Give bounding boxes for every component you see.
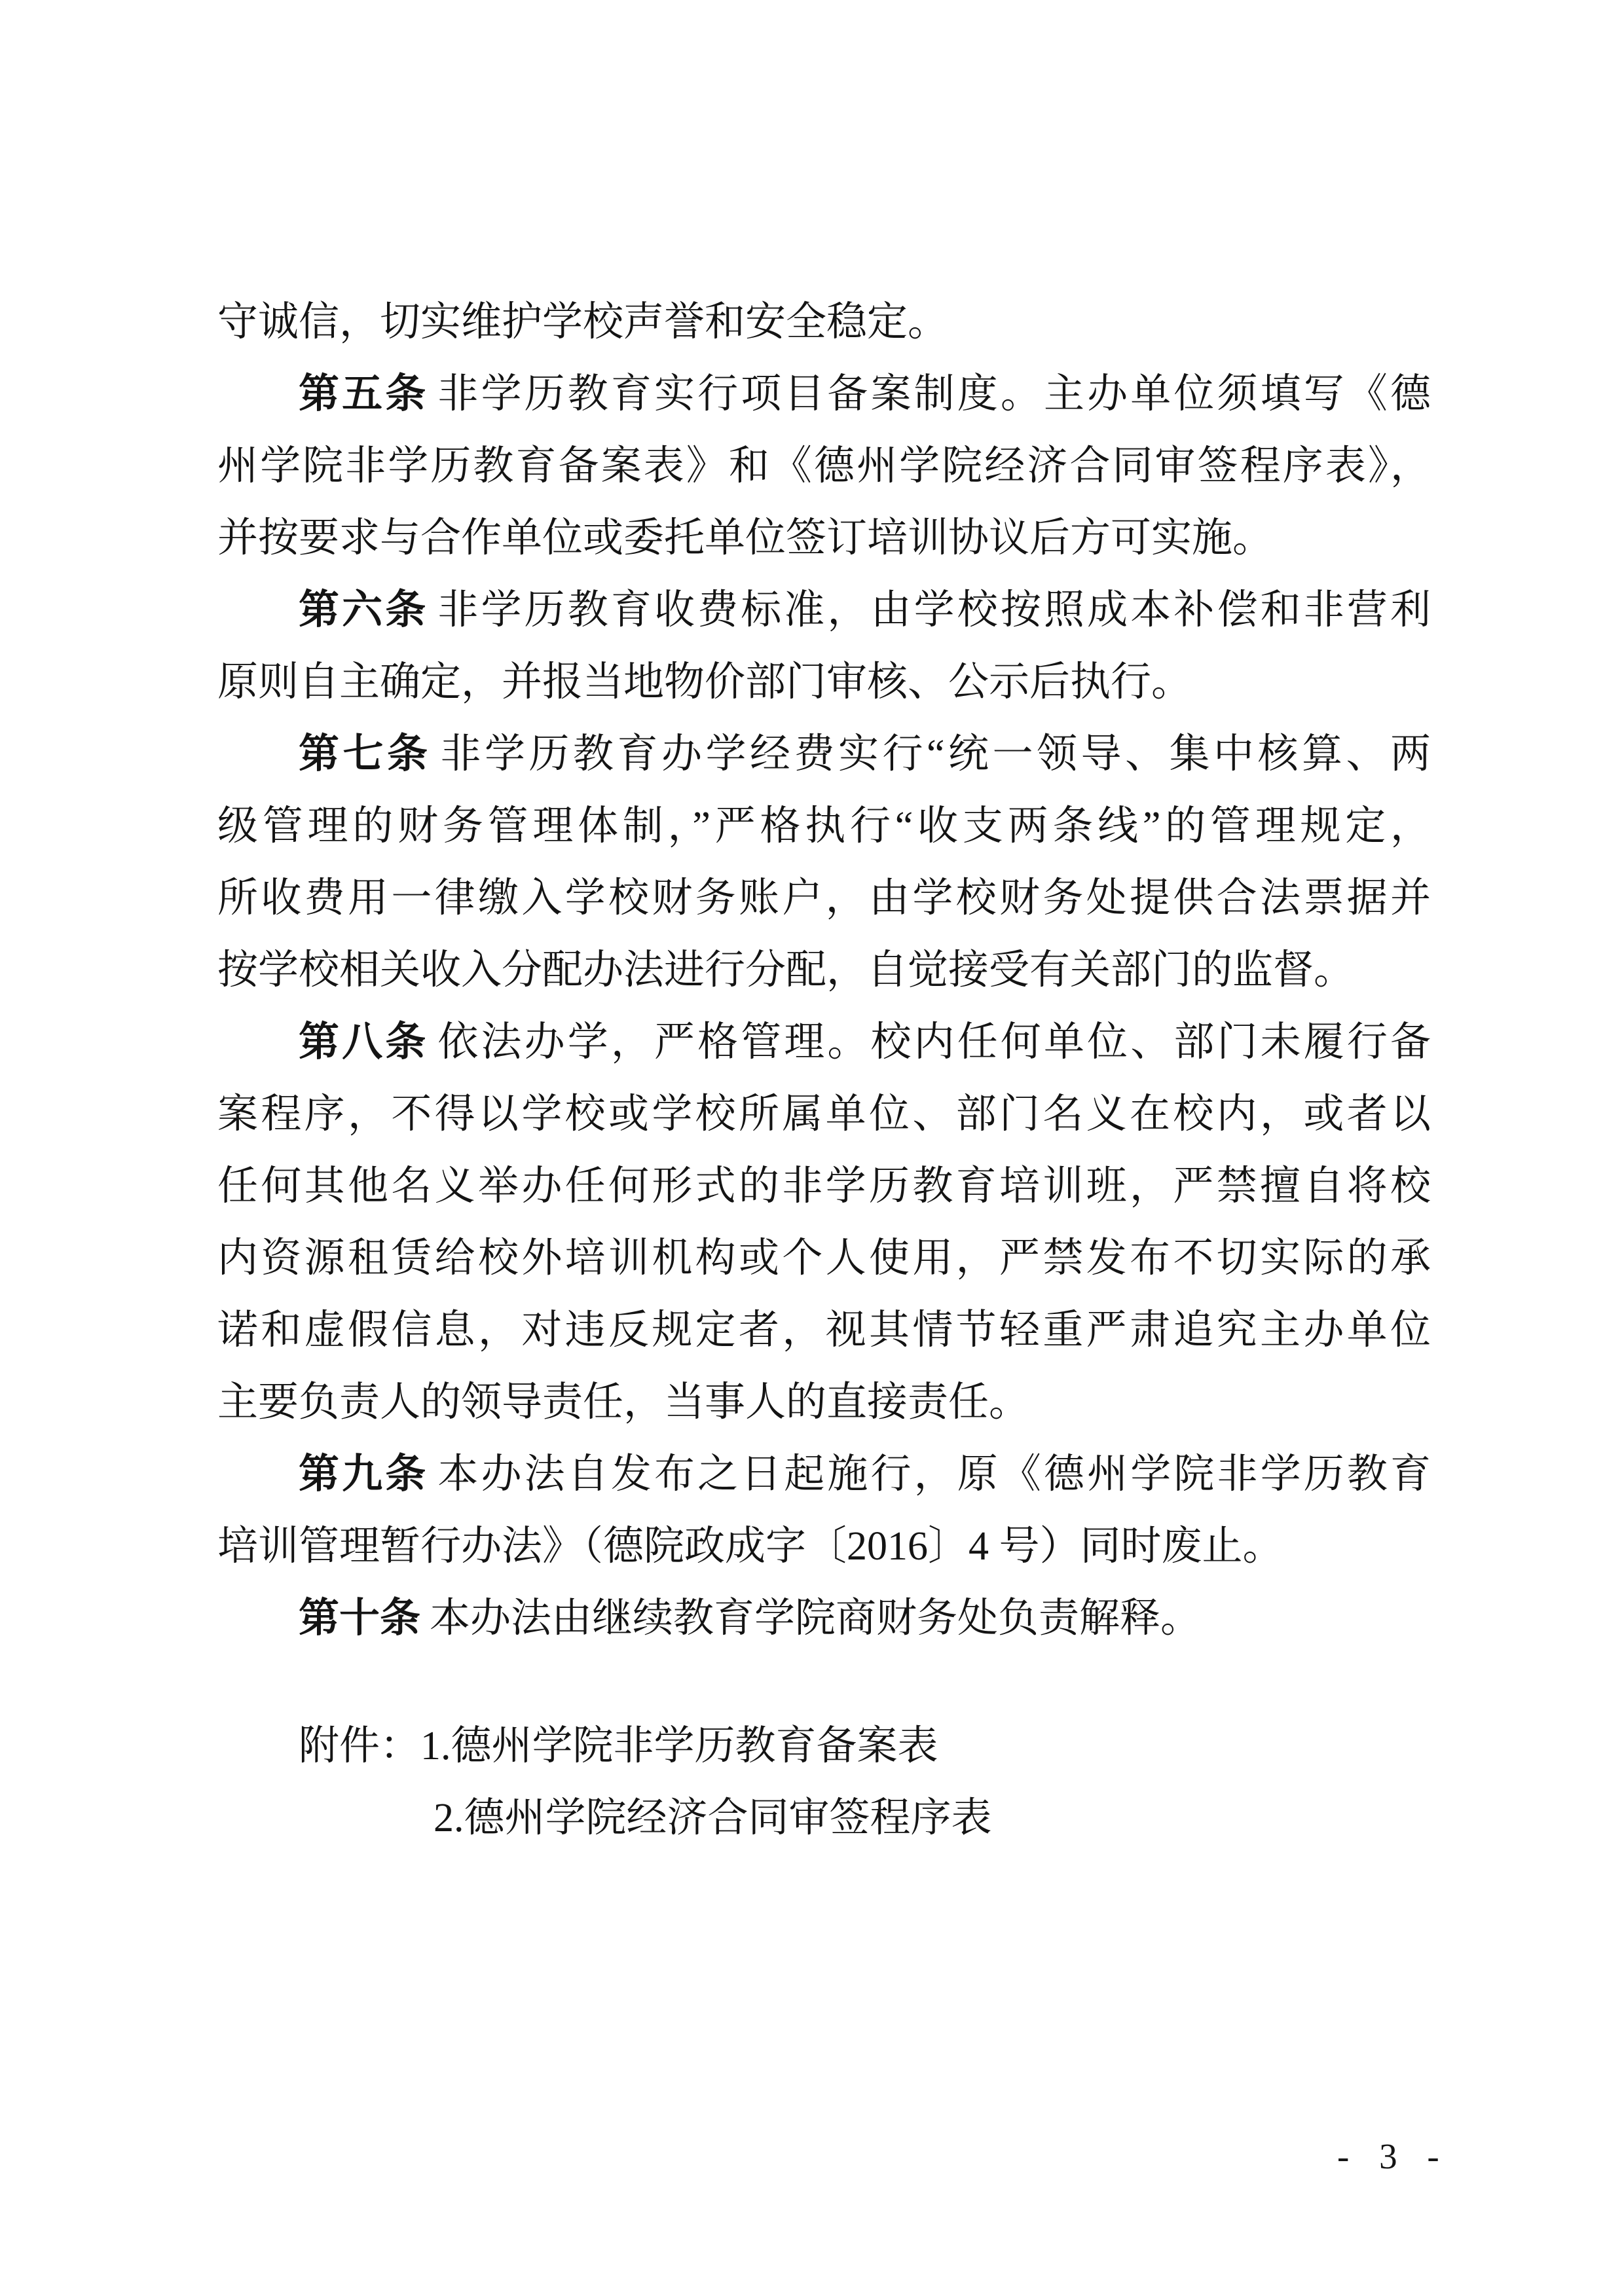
text-line: 并按要求与合作单位或委托单位签订培训协议后方可实施。: [217, 502, 1273, 574]
line-text: 级管理的财务管理体制，”严格执行“收支两条线”的管理规定，: [217, 804, 1431, 848]
text-line: 第五条非学历教育实行项目备案制度。主办单位须填写《德: [299, 358, 1431, 430]
article-number: 第五条: [299, 372, 428, 416]
article-number: 第九条: [299, 1452, 428, 1497]
text-line: 原则自主确定，并报当地物价部门审核、公示后执行。: [217, 646, 1192, 718]
line-text: 原则自主确定，并报当地物价部门审核、公示后执行。: [217, 660, 1192, 704]
line-text: 非学历教育收费标准，由学校按照成本补偿和非营利: [437, 588, 1431, 632]
line-text: 非学历教育实行项目备案制度。主办单位须填写《德: [437, 372, 1431, 416]
line-text: 所收费用一律缴入学校财务账户，由学校财务处提供合法票据并: [217, 876, 1431, 920]
text-line: 诺和虚假信息，对违反规定者，视其情节轻重严肃追究主办单位: [217, 1294, 1431, 1366]
text-line: 培训管理暂行办法》（德院政成字〔2016〕4 号）同时废止。: [217, 1510, 1283, 1582]
line-text: 按学校相关收入分配办法进行分配，自觉接受有关部门的监督。: [217, 948, 1354, 993]
text-line: 任何其他名义举办任何形式的非学历教育培训班，严禁擅自将校: [217, 1150, 1431, 1222]
text-line: 内资源租赁给校外培训机构或个人使用，严禁发布不切实际的承: [217, 1222, 1431, 1294]
line-text: 州学院非学历教育备案表》和《德州学院经济合同审签程序表》，: [217, 444, 1431, 488]
text-line: 主要负责人的领导责任，当事人的直接责任。: [217, 1366, 1029, 1438]
line-text: 本办法由继续教育学院商财务处负责解释。: [430, 1596, 1201, 1641]
line-text: 培训管理暂行办法》（德院政成字〔2016〕4 号）同时废止。: [217, 1524, 1283, 1569]
line-text: 依法办学，严格管理。校内任何单位、部门未履行备: [437, 1020, 1431, 1065]
line-text: 本办法自发布之日起施行，原《德州学院非学历教育: [437, 1452, 1431, 1497]
text-line: 第六条非学历教育收费标准，由学校按照成本补偿和非营利: [299, 574, 1431, 646]
text-line: 第九条本办法自发布之日起施行，原《德州学院非学历教育: [299, 1438, 1431, 1510]
text-line: 所收费用一律缴入学校财务账户，由学校财务处提供合法票据并: [217, 862, 1431, 934]
text-line: 州学院非学历教育备案表》和《德州学院经济合同审签程序表》，: [217, 430, 1431, 502]
line-text: 守诚信，切实维护学校声誉和安全稳定。: [217, 300, 948, 344]
line-text: 并按要求与合作单位或委托单位签订培训协议后方可实施。: [217, 516, 1273, 560]
line-text: 诺和虚假信息，对违反规定者，视其情节轻重严肃追究主办单位: [217, 1308, 1431, 1353]
text-line: 级管理的财务管理体制，”严格执行“收支两条线”的管理规定，: [217, 790, 1431, 862]
text-line: 案程序，不得以学校或学校所属单位、部门名义在校内，或者以: [217, 1078, 1431, 1150]
article-number: 第十条: [299, 1596, 420, 1641]
line-text: 内资源租赁给校外培训机构或个人使用，严禁发布不切实际的承: [217, 1236, 1431, 1281]
line-text: 案程序，不得以学校或学校所属单位、部门名义在校内，或者以: [217, 1092, 1431, 1137]
line-text: 主要负责人的领导责任，当事人的直接责任。: [217, 1380, 1029, 1425]
text-line: 第七条非学历教育办学经费实行“统一领导、集中核算、两: [299, 718, 1431, 790]
document-body: 守诚信，切实维护学校声誉和安全稳定。第五条非学历教育实行项目备案制度。主办单位须…: [0, 0, 1624, 2296]
line-text: 非学历教育办学经费实行“统一领导、集中核算、两: [441, 732, 1431, 776]
text-line: 守诚信，切实维护学校声誉和安全稳定。: [217, 286, 948, 358]
text-line: 第十条本办法由继续教育学院商财务处负责解释。: [299, 1582, 1201, 1654]
attachment-line-2: 2.德州学院经济合同审签程序表: [434, 1782, 992, 1854]
article-number: 第七条: [299, 732, 432, 776]
line-text: 任何其他名义举办任何形式的非学历教育培训班，严禁擅自将校: [217, 1164, 1431, 1209]
article-number: 第六条: [299, 588, 428, 632]
page-number: - 3 -: [1337, 2138, 1450, 2174]
text-line: 第八条依法办学，严格管理。校内任何单位、部门未履行备: [299, 1006, 1431, 1078]
text-line: 按学校相关收入分配办法进行分配，自觉接受有关部门的监督。: [217, 934, 1354, 1006]
document-page: 守诚信，切实维护学校声誉和安全稳定。第五条非学历教育实行项目备案制度。主办单位须…: [0, 0, 1624, 2296]
article-number: 第八条: [299, 1020, 428, 1065]
attachment-line-1: 附件：1.德州学院非学历教育备案表: [299, 1710, 938, 1782]
